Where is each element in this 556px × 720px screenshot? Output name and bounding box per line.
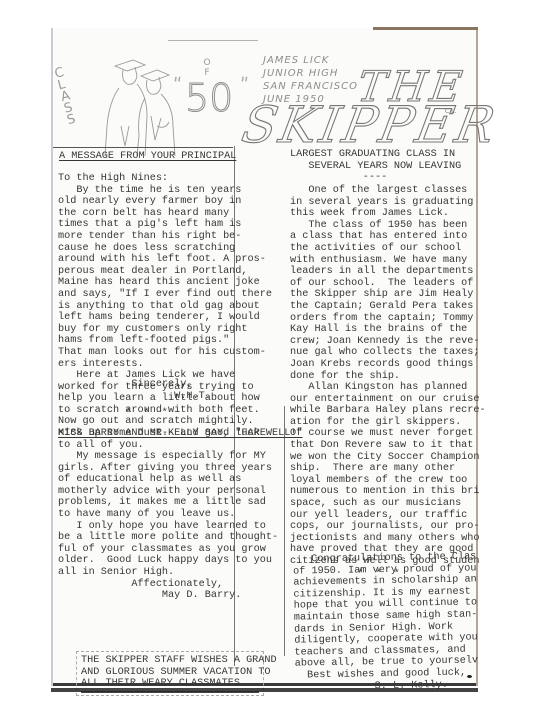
heading-rule	[53, 147, 233, 148]
class-vertical-label: CLASS	[54, 65, 87, 128]
school-line: JUNIOR HIGH	[263, 67, 358, 80]
newsletter-title: SKIPPER	[239, 100, 502, 150]
largest-class-body: One of the largest classes in several ye…	[290, 185, 486, 568]
largest-class-header: LARGEST GRADUATING CLASS IN SEVERAL YEAR…	[290, 149, 461, 184]
newsletter-page: CLASS O F 50 JAMES LICK JUNIOR HIGH SAN …	[51, 28, 478, 686]
staff-wishes-box: THE SKIPPER STAFF WISHES A GRAND AND GLO…	[76, 651, 264, 696]
principal-closing: Sincerely, W.H.T.	[58, 379, 238, 402]
artist-initials: C.L.	[445, 108, 456, 115]
school-line: SAN FRANCISCO	[263, 80, 358, 93]
heading-separator: ----	[290, 172, 460, 184]
kelly-message: Congratulations to the Clas of 1950. Iam…	[293, 551, 479, 693]
principal-heading: A MESSAGE FROM YOUR PRINCIPAL	[59, 151, 236, 163]
of-label: O F	[200, 58, 214, 78]
school-line: JAMES LICK	[263, 54, 358, 67]
staff-wishes-text: THE SKIPPER STAFF WISHES A GRAND AND GLO…	[81, 655, 259, 693]
masthead: CLASS O F 50 JAMES LICK JUNIOR HIGH SAN …	[53, 28, 476, 146]
barry-message: My message is especially for MY girls. A…	[58, 451, 278, 602]
graduates-drawing-icon	[95, 56, 190, 156]
largest-class-heading: LARGEST GRADUATING CLASS IN SEVERAL YEAR…	[290, 149, 461, 172]
class-year: 50	[185, 76, 233, 120]
principal-signoff: Sincerely, W.H.T. * * *	[58, 379, 238, 420]
class-letter: S	[66, 111, 86, 127]
column-divider-lower	[284, 406, 285, 656]
ink-spot	[467, 675, 472, 678]
section-separator: * * *	[58, 408, 238, 420]
largest-class-article: One of the largest classes in several ye…	[290, 185, 486, 580]
